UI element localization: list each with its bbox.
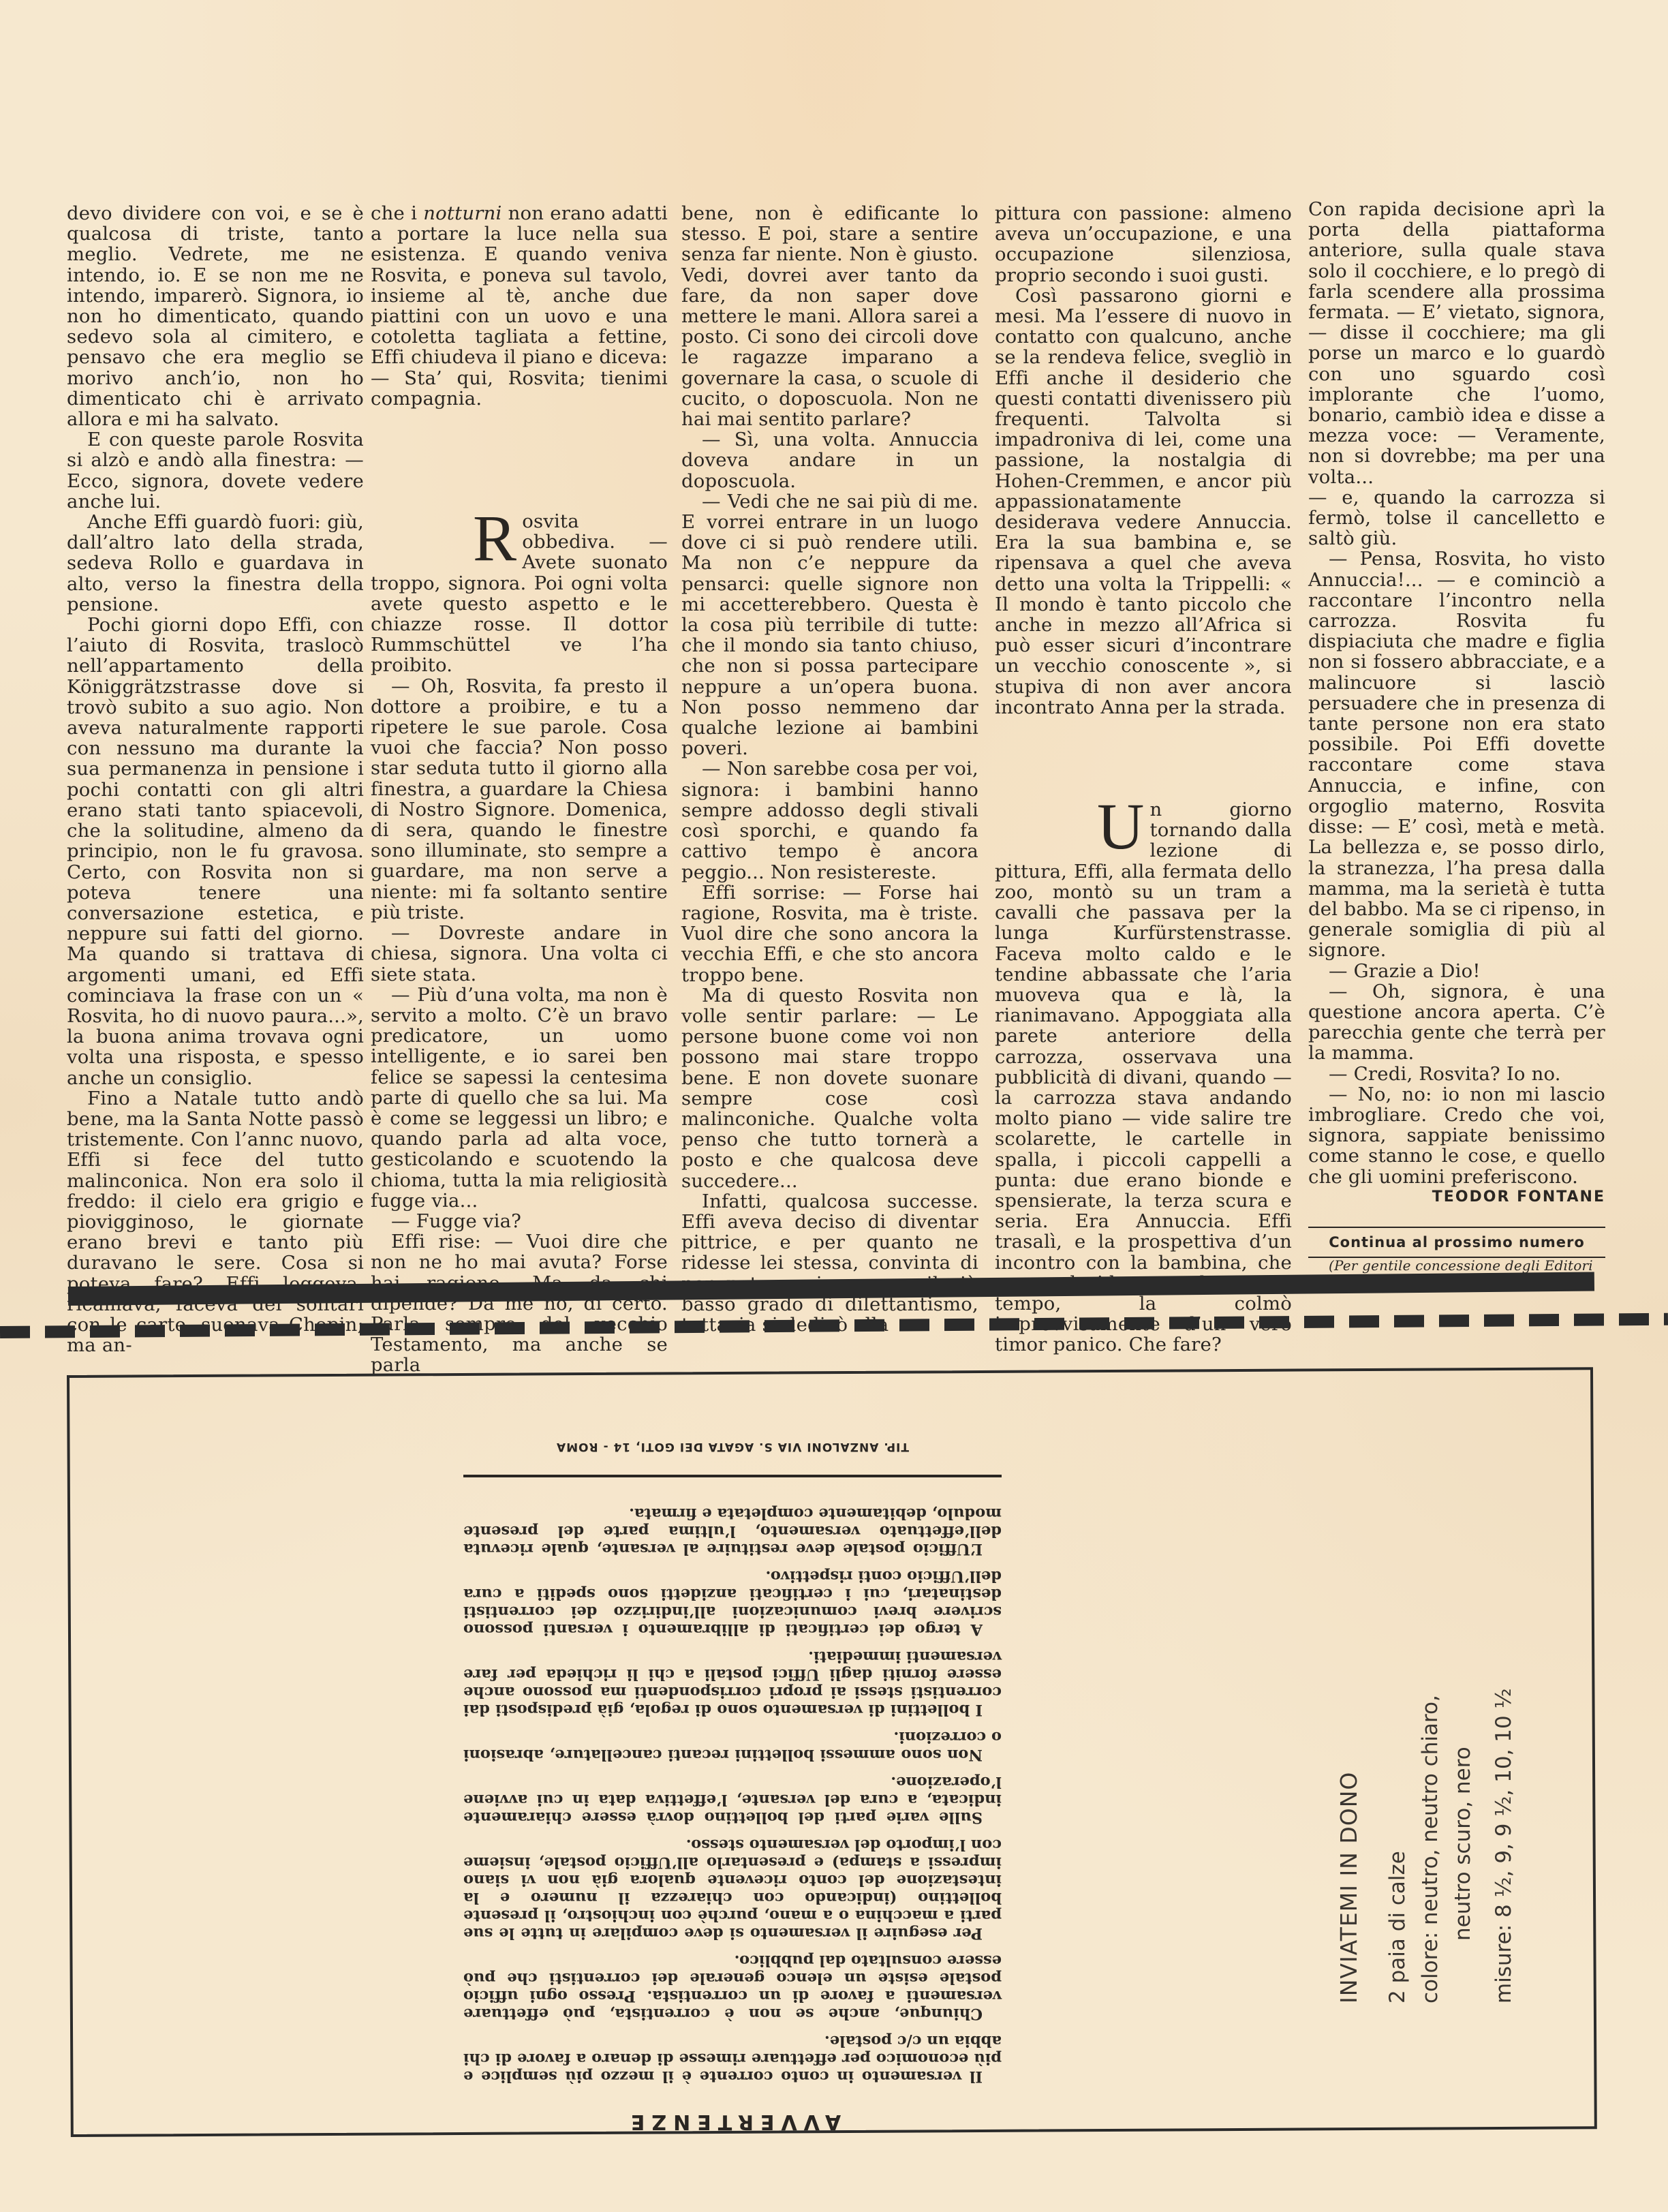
dropcap-paragraph: U n giorno tornando dalla lezione di pit… xyxy=(995,799,1292,1355)
paragraph: — Dovreste andare in chiesa, signora. Un… xyxy=(371,923,668,985)
paragraph: — Pensa, Rosvita, ho visto Annuccia!... … xyxy=(1308,549,1605,960)
paragraph: — No, no: io non mi lascio imbrogliare. … xyxy=(1308,1084,1605,1187)
paragraph: devo dividere con voi, e se è qualcosa d… xyxy=(67,203,364,429)
gift-sizes: misure: 8 ½, 9, 9 ½, 10, 10 ½ xyxy=(1487,1526,1520,2003)
warning-paragraph: L’Ufficio postale deve restituire al ver… xyxy=(463,1505,1002,1558)
author-signature: TEODOR FONTANE xyxy=(1308,1187,1605,1208)
paragraph: Pochi giorni dopo Effi, con l’aiuto di R… xyxy=(67,615,364,1088)
paragraph: — Fugge via? xyxy=(371,1211,668,1231)
paragraph: Effi sorrise: — Forse hai ragione, Rosvi… xyxy=(681,882,978,985)
paragraph: Infatti, qualcosa successe. Effi aveva d… xyxy=(681,1191,978,1335)
paragraph: E con queste parole Rosvita si alzò e an… xyxy=(67,429,364,512)
dropcap-letter: U xyxy=(1097,799,1145,851)
paragraph: — Grazie a Dio! xyxy=(1308,961,1605,981)
warnings-title: AVVERTENZE xyxy=(463,2113,1002,2130)
warning-paragraph: Sulle varie parti del bollettino dovrà e… xyxy=(463,1773,1002,1826)
paragraph: — Non sarebbe cosa per voi, signora: i b… xyxy=(681,758,978,882)
gift-request-rotated: INVIATEMI IN DONO 2 paia di calze colore… xyxy=(1335,1526,1520,2003)
gift-colors-cont: neutro scuro, nero xyxy=(1447,1526,1479,2003)
paragraph: — Credi, Rosvita? Io no. xyxy=(1308,1064,1605,1084)
paragraph: Effi rise: — Vuoi dire che non ne ho mai… xyxy=(371,1231,668,1375)
show-through-text xyxy=(14,116,28,164)
magazine-page: devo dividere con voi, e se è qualcosa d… xyxy=(0,0,1668,2212)
article-column-3: bene, non è edificante lo stesso. E poi,… xyxy=(681,203,978,1335)
gift-colors: colore: neutro, neutro chiaro, xyxy=(1414,1526,1447,2003)
dropcap-paragraph: R osvita obbediva. — Avete suonato tropp… xyxy=(371,511,668,676)
section-break xyxy=(995,718,1292,799)
paragraph: — e, quando la carrozza si fermò, tolse … xyxy=(1308,487,1605,549)
paragraph: Così passarono giorni e mesi. Ma l’esser… xyxy=(995,286,1292,718)
paragraph: — Oh, signora, è una questione ancora ap… xyxy=(1308,981,1605,1064)
paragraph: Con rapida decisione aprì la porta della… xyxy=(1308,199,1605,487)
paragraph: — Sì, una volta. Annuccia doveva andare … xyxy=(681,429,978,491)
warning-paragraph: Per eseguire il versamento si deve compi… xyxy=(463,1836,1002,1942)
warning-paragraph: Chiunque, anche se non è correntista, pu… xyxy=(463,1952,1002,2023)
paragraph: bene, non è edificante lo stesso. E poi,… xyxy=(681,203,978,429)
dropcap-letter: R xyxy=(473,511,516,563)
paragraph: Anche Effi guardò fuori: giù, dall’altro… xyxy=(67,512,364,615)
paragraph: pittura con passione: almeno aveva un’oc… xyxy=(995,203,1292,286)
gift-quantity: 2 paia di calze xyxy=(1381,1526,1414,2003)
printer-imprint: TIP. ANZALONI VIA S. AGATA DEI GOTI, 14 … xyxy=(463,1438,1002,1477)
warning-paragraph: A tergo dei certificati di allibramento … xyxy=(463,1567,1002,1638)
warning-paragraph: Non sono ammessi bollettini recanti canc… xyxy=(463,1728,1002,1764)
paragraph: Fino a Natale tutto andò bene, ma la San… xyxy=(67,1088,364,1356)
gift-title: INVIATEMI IN DONO xyxy=(1335,1526,1362,2003)
article-column-2: che i notturni non erano adatti a portar… xyxy=(371,203,668,1376)
continue-notice: Continua al prossimo numero xyxy=(1308,1227,1605,1258)
article-column-5: Con rapida decisione aprì la porta della… xyxy=(1308,199,1605,1288)
warning-paragraph: I bollettini di versamento sono di regol… xyxy=(463,1648,1002,1719)
warning-paragraph: Il versamento in conto corrente è il mez… xyxy=(463,2032,1002,2085)
paragraph: — Più d’una volta, ma non è servito a mo… xyxy=(371,985,668,1211)
paragraph: che i notturni non erano adatti a portar… xyxy=(371,203,668,409)
article-column-1: devo dividere con voi, e se è qualcosa d… xyxy=(67,203,364,1355)
postal-warnings-upside-down: AVVERTENZE Il versamento in conto corren… xyxy=(463,1438,1002,2130)
paragraph: Ma di questo Rosvita non volle sentir pa… xyxy=(681,985,978,1191)
section-break xyxy=(371,409,668,511)
paragraph: — Vedi che ne sai più di me. E vorrei en… xyxy=(681,491,978,759)
paragraph: — Oh, Rosvita, fa presto il dottore a pr… xyxy=(371,676,668,923)
italic-word: notturni xyxy=(423,202,501,224)
article-column-4: pittura con passione: almeno aveva un’oc… xyxy=(995,203,1292,1355)
